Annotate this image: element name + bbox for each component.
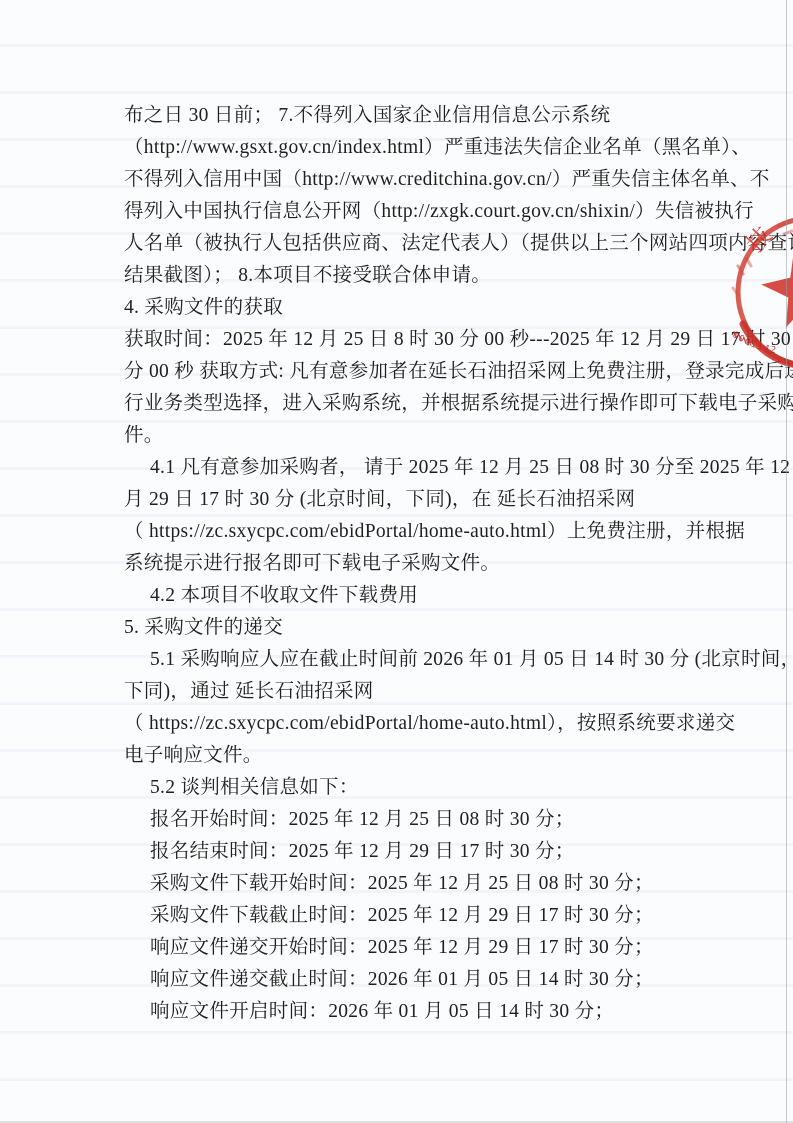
document-line: 获取时间：2025 年 12 月 25 日 8 时 30 分 00 秒---20…: [124, 324, 724, 356]
document-line: （ https://zc.sxycpc.com/ebidPortal/home-…: [124, 516, 724, 548]
document-text-body: 布之日 30 日前； 7.不得列入国家企业信用信息公示系统（http://www…: [124, 100, 724, 1028]
document-line: 响应文件递交开始时间：2025 年 12 月 29 日 17 时 30 分；: [124, 932, 724, 964]
document-line: 月 29 日 17 时 30 分 (北京时间，下同)，在 延长石油招采网: [124, 484, 724, 516]
document-line: 件。: [124, 420, 724, 452]
document-line: 结果截图）； 8.本项目不接受联合体申请。: [124, 260, 724, 292]
document-line: 人名单（被执行人包括供应商、法定代表人）（提供以上三个网站四项内容查询: [124, 228, 724, 260]
document-line: 分 00 秒 获取方式: 凡有意参加者在延长石油招采网上免费注册，登录完成后进: [124, 356, 724, 388]
document-line: 响应文件开启时间：2026 年 01 月 05 日 14 时 30 分；: [124, 996, 724, 1028]
document-line: 4.2 本项目不收取文件下载费用: [124, 580, 724, 612]
document-line: 5.1 采购响应人应在截止时间前 2026 年 01 月 05 日 14 时 3…: [124, 644, 724, 676]
document-line: 响应文件递交截止时间：2026 年 01 月 05 日 14 时 30 分；: [124, 964, 724, 996]
document-line: 采购文件下载截止时间：2025 年 12 月 29 日 17 时 30 分；: [124, 900, 724, 932]
document-line: 4. 采购文件的获取: [124, 292, 724, 324]
scanned-document-page: 布之日 30 日前； 7.不得列入国家企业信用信息公示系统（http://www…: [0, 0, 793, 1123]
document-line: 5. 采购文件的递交: [124, 612, 724, 644]
document-line: （http://www.gsxt.gov.cn/index.html）严重违法失…: [124, 132, 724, 164]
document-line: 4.1 凡有意参加采购者， 请于 2025 年 12 月 25 日 08 时 3…: [124, 452, 724, 484]
document-line: （ https://zc.sxycpc.com/ebidPortal/home-…: [124, 708, 724, 740]
seal-faded-stroke: [747, 259, 751, 266]
document-line: 行业务类型选择，进入采购系统，并根据系统提示进行操作即可下载电子采购文: [124, 388, 724, 420]
seal-faded-stroke: [738, 266, 743, 274]
document-line: 5.2 谈判相关信息如下：: [124, 772, 724, 804]
document-line: 系统提示进行报名即可下载电子采购文件。: [124, 548, 724, 580]
document-line: 布之日 30 日前； 7.不得列入国家企业信用信息公示系统: [124, 100, 724, 132]
document-line: 电子响应文件。: [124, 740, 724, 772]
document-line: 报名开始时间：2025 年 12 月 25 日 08 时 30 分；: [124, 804, 724, 836]
document-line: 下同)，通过 延长石油招采网: [124, 676, 724, 708]
scan-edge-line: [786, 0, 787, 1123]
document-line: 报名结束时间：2025 年 12 月 29 日 17 时 30 分；: [124, 836, 724, 868]
document-line: 得列入中国执行信息公开网（http://zxgk.court.gov.cn/sh…: [124, 196, 724, 228]
seal-faded-stroke: [733, 288, 738, 295]
document-line: 采购文件下载开始时间：2025 年 12 月 25 日 08 时 30 分；: [124, 868, 724, 900]
document-line: 不得列入信用中国（http://www.creditchina.gov.cn/）…: [124, 164, 724, 196]
